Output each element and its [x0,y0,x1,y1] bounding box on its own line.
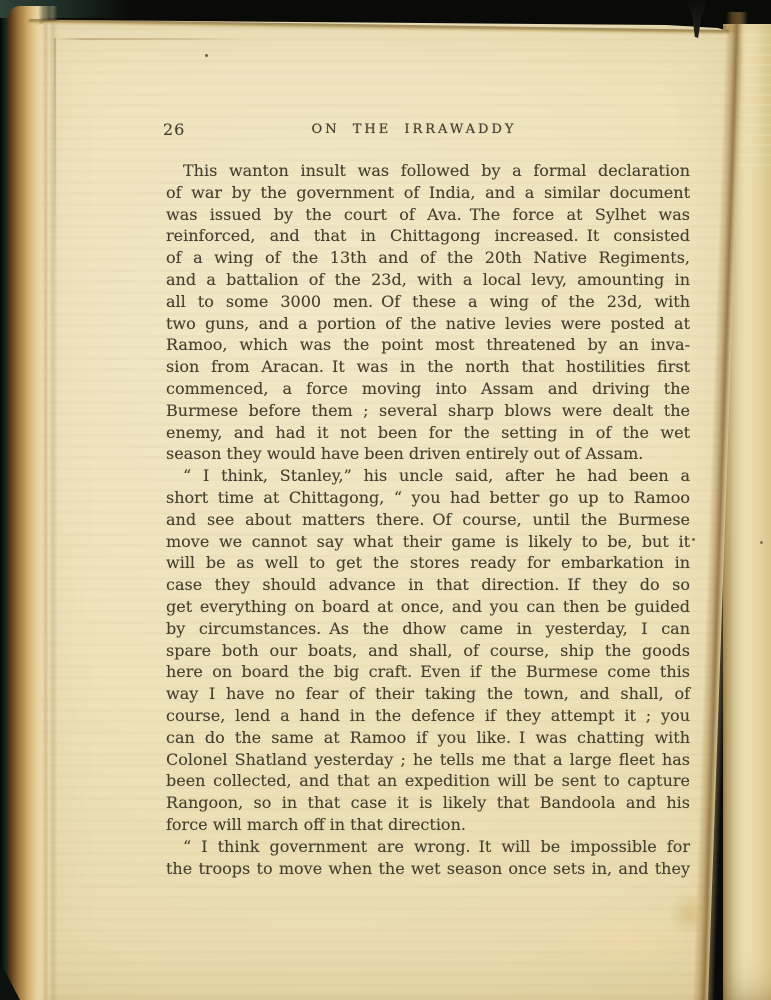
page-text: This wanton insult was followed by a for… [166,160,690,879]
text-line: enemy, and had it not been for the setti… [166,422,690,444]
paper-speck [760,541,763,544]
paper-speck [692,538,695,541]
text-line: “ I think, Stanley,” his uncle said, aft… [166,465,690,487]
text-line: commenced, a force moving into Assam and… [166,378,690,400]
paragraph: “ I think government are wrong. It will … [166,836,690,880]
text-line: season they would have been driven entir… [166,443,690,465]
text-line: of a wing of the 13th and of the 20th Na… [166,247,690,269]
text-line: get everything on board at once, and you… [166,596,690,618]
text-line: course, lend a hand in the defence if th… [166,705,690,727]
text-line: can do the same at Ramoo if you like. I … [166,727,690,749]
text-line: will be as well to get the stores ready … [166,552,690,574]
running-header: ON THE IRRAWADDY [222,122,606,137]
book-scan: 26 ON THE IRRAWADDY This wanton insult w… [0,0,771,1000]
paragraph: “ I think, Stanley,” his uncle said, aft… [166,465,690,836]
text-line: spare both our boats, and shall, of cour… [166,640,690,662]
text-line: Burmese before them ; several sharp blow… [166,400,690,422]
text-line: reinforced, and that in Chittagong incre… [166,225,690,247]
embossed-corner-line-vertical [54,38,56,278]
text-line: here on board the big craft. Even if the… [166,661,690,683]
text-line: all to some 3000 men. Of these a wing of… [166,291,690,313]
paragraph: This wanton insult was followed by a for… [166,160,690,465]
text-line: of war by the government of India, and a… [166,182,690,204]
text-line: short time at Chittagong, “ you had bett… [166,487,690,509]
page-number: 26 [163,120,185,139]
text-line: by circumstances. As the dhow came in ye… [166,618,690,640]
text-line: move we cannot say what their game is li… [166,531,690,553]
paper-speck [205,54,208,57]
text-line: sion from Aracan. It was in the north th… [166,356,690,378]
text-line: was issued by the court of Ava. The forc… [166,204,690,226]
text-line: Rangoon, so in that case it is likely th… [166,792,690,814]
page-header: 26 ON THE IRRAWADDY [166,120,690,142]
text-line: the troops to move when the wet season o… [166,858,690,880]
text-line: case they should advance in that directi… [166,574,690,596]
text-line: This wanton insult was followed by a for… [166,160,690,182]
text-line: way I have no fear of their taking the t… [166,683,690,705]
text-line: and a battalion of the 23d, with a local… [166,269,690,291]
text-line: “ I think government are wrong. It will … [166,836,690,858]
text-line: force will march off in that direction. [166,814,690,836]
text-line: Colonel Shatland yesterday ; he tells me… [166,749,690,771]
text-line: Ramoo, which was the point most threaten… [166,334,690,356]
text-line: and see about matters there. Of course, … [166,509,690,531]
text-line: been collected, and that an expedition w… [166,770,690,792]
printed-text-layer: 26 ON THE IRRAWADDY This wanton insult w… [166,0,690,1000]
text-line: two guns, and a portion of the native le… [166,313,690,335]
